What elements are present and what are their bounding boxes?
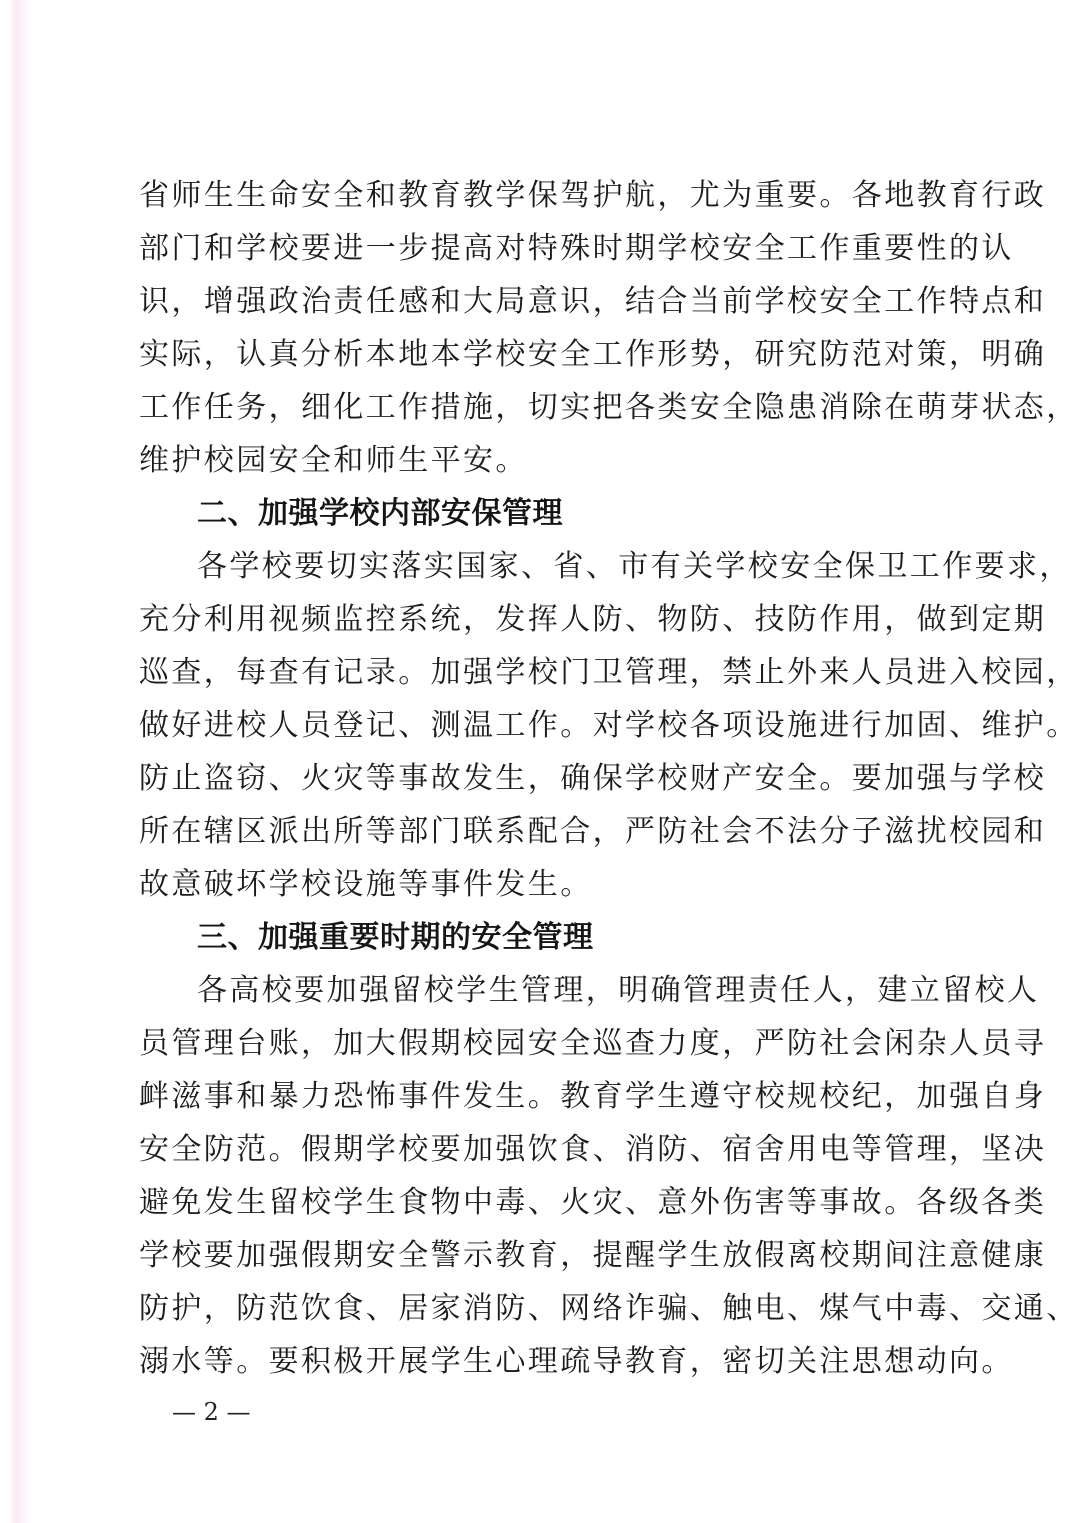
body-line: 避免发生留校学生食物中毒、火灾、意外伤害等事故。各级各类 <box>139 1183 951 1223</box>
body-line: 故意破坏学校设施等事件发生。 <box>139 865 951 905</box>
body-line: 防护，防范饮食、居家消防、网络诈骗、触电、煤气中毒、交通、 <box>139 1289 951 1329</box>
body-line: 防止盗窃、火灾等事故发生，确保学校财产安全。要加强与学校 <box>139 759 951 799</box>
body-line: 溺水等。要积极开展学生心理疏导教育，密切关注思想动向。 <box>139 1342 951 1382</box>
body-line: 各学校要切实落实国家、省、市有关学校安全保卫工作要求， <box>197 547 951 587</box>
document-page: 省师生生命安全和教育教学保驾护航，尤为重要。各地教育行政 部门和学校要进一步提高… <box>0 0 1080 1523</box>
body-line: 员管理台账，加大假期校园安全巡查力度，严防社会闲杂人员寻 <box>139 1024 951 1064</box>
body-line: 充分利用视频监控系统，发挥人防、物防、技防作用，做到定期 <box>139 600 951 640</box>
body-line: 做好进校人员登记、测温工作。对学校各项设施进行加固、维护。 <box>139 706 951 746</box>
body-line: 所在辖区派出所等部门联系配合，严防社会不法分子滋扰校园和 <box>139 812 951 852</box>
body-line: 工作任务，细化工作措施，切实把各类安全隐患消除在萌芽状态， <box>139 388 951 428</box>
body-line: 维护校园安全和师生平安。 <box>139 441 951 481</box>
body-line: 识，增强政治责任感和大局意识，结合当前学校安全工作特点和 <box>139 282 951 322</box>
page-number: — 2 — <box>172 1396 251 1428</box>
section-heading-3: 三、加强重要时期的安全管理 <box>197 918 594 958</box>
body-line: 部门和学校要进一步提高对特殊时期学校安全工作重要性的认 <box>139 229 951 269</box>
section-heading-2: 二、加强学校内部安保管理 <box>197 494 563 534</box>
body-line: 安全防范。假期学校要加强饮食、消防、宿舍用电等管理，坚决 <box>139 1130 951 1170</box>
body-line: 实际，认真分析本地本学校安全工作形势，研究防范对策，明确 <box>139 335 951 375</box>
body-line: 衅滋事和暴力恐怖事件发生。教育学生遵守校规校纪，加强自身 <box>139 1077 951 1117</box>
body-line: 学校要加强假期安全警示教育，提醒学生放假离校期间注意健康 <box>139 1236 951 1276</box>
body-line: 巡查，每查有记录。加强学校门卫管理，禁止外来人员进入校园， <box>139 653 951 693</box>
body-line: 各高校要加强留校学生管理，明确管理责任人，建立留校人 <box>197 971 951 1011</box>
body-line: 省师生生命安全和教育教学保驾护航，尤为重要。各地教育行政 <box>139 176 951 216</box>
